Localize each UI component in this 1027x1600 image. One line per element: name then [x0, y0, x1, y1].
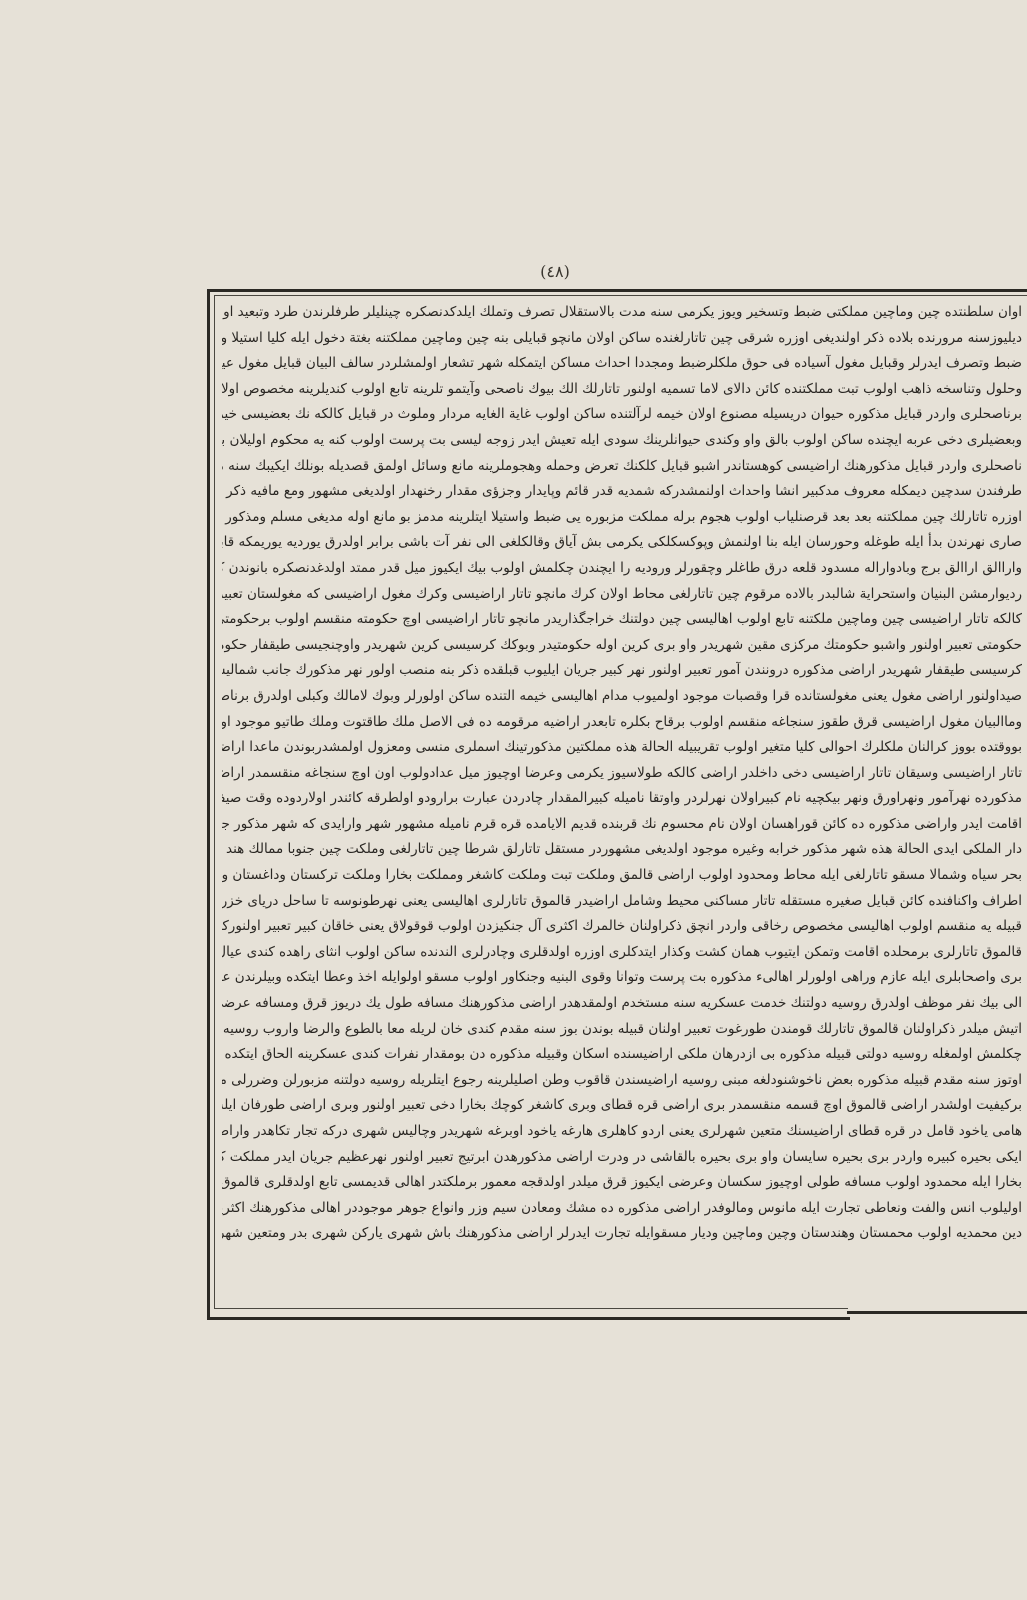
- text-line: وماالبیان مغول اراضیسی قرق طقوز سنجاغه م…: [222, 710, 1022, 736]
- page-number: (٤٨): [500, 262, 610, 281]
- text-line: دیلیوزسنه مرورنده بلاده ذکر اولندیغی اوز…: [222, 326, 1022, 352]
- text-line: بخارا ایله محمدود اولوب مسافه طولی اوچیو…: [222, 1170, 1022, 1196]
- text-line: اطراف واكنافنده كائن قبایل صغیره مستقله …: [222, 889, 1022, 915]
- text-line: واراالق اراالق برج وبادواراله مسدود قلعه…: [222, 556, 1022, 582]
- text-line: كرسیسی طیقفار شهریدر اراضی مذكوره درونند…: [222, 658, 1022, 684]
- text-line: ضبط وتصرف ایدرلر وقبایل مغول آسیاده فی ح…: [222, 351, 1022, 377]
- text-line: بحر سیاه وشمالا مسقو تاتارلغی ایله محاط …: [222, 863, 1022, 889]
- text-line: بووقتده بووز كرالنان ملكلرك احوالی كلیا …: [222, 735, 1022, 761]
- text-line: طرفندن سدچین دیمکله معروف مدکبیر انشا وا…: [222, 479, 1022, 505]
- text-line: قالموق تاتارلری برمحلده اقامت وتمكن ایتی…: [222, 940, 1022, 966]
- frame-top-rule-inner: [847, 295, 1027, 296]
- frame-bottom-rule: [847, 1311, 1027, 1314]
- text-line: [222, 1247, 1022, 1273]
- text-line: [222, 1273, 1022, 1299]
- text-line: تاتار اراضیسی وسیقان تاتار اراضیسی دخی د…: [222, 761, 1022, 787]
- text-line: اوزره تاتارلك چین مملکتنه بعد بعد قرصنلی…: [222, 505, 1022, 531]
- frame-top-rule: [847, 289, 1027, 292]
- text-line: صاری نهرندن بدأ ایله طوغله وحورسان ایله …: [222, 530, 1022, 556]
- text-line: ایكی بحیره كبیره واردر بری بحیره سایسان …: [222, 1145, 1022, 1171]
- text-line: اتیش میلدر ذكراولنان قالموق تاتارلك قومن…: [222, 1017, 1022, 1043]
- text-line: دار الملكی ایدی الحالة هذه شهر مذكور خرا…: [222, 837, 1022, 863]
- text-line: وبعضیلری دخی عربه ایچنده ساکن اولوب بالق…: [222, 428, 1022, 454]
- text-line: قبیله یه منقسم اولوب اهالیسی مخصوص رخاقی…: [222, 914, 1022, 940]
- text-line: صیداولنور اراضی مغول یعنی مغولستانده قرا…: [222, 684, 1022, 710]
- text-line: اقامت ایدر واراضی مذكوره ده كائن قوراهسا…: [222, 812, 1022, 838]
- text-line: كالكه تاتار اراضیسی چین وماچین ملكتنه تا…: [222, 607, 1022, 633]
- text-line: رديوارمشن البنيان واستحراية شالبدر بالاد…: [222, 582, 1022, 608]
- text-line: مذكورده نهرآمور ونهراورق ونهر بیكچیه نام…: [222, 786, 1022, 812]
- text-line: بری واصحابلری ایله عازم وراهی اولورلر اه…: [222, 965, 1022, 991]
- text-line: اوتوز سنه مقدم قبیله مذكوره بعض ناخوشنود…: [222, 1068, 1022, 1094]
- text-line: ناصحلری واردر قبایل مذکورهنك اراضیسی کوه…: [222, 454, 1022, 480]
- text-line: وحلول وتناسخه ذاهب اولوب تبت مملکتنده کا…: [222, 377, 1022, 403]
- text-line: بركیفیت اولشدر اراضی قالموق اوچ قسمه منق…: [222, 1093, 1022, 1119]
- text-line: اولیلوب انس والفت ونعاطی تجارت ایله مانو…: [222, 1196, 1022, 1222]
- text-line: دین محمدیه اولوب محمستان وهندستان وچین و…: [222, 1221, 1022, 1247]
- text-line: حكومتی تعبیر اولنور واشبو حكومتك مرکزی م…: [222, 633, 1022, 659]
- text-line: الی بیك نفر موظف اولدرق روسیه دولتنك خدم…: [222, 991, 1022, 1017]
- text-line: چكلمش اولمغله روسیه دولتی قبیله مذكوره ب…: [222, 1042, 1022, 1068]
- text-line: هامی یاخود قامل در قره قطای اراضیسنك متع…: [222, 1119, 1022, 1145]
- body-text: اوان سلطنتده چین وماچین مملکتی ضبط وتسخی…: [222, 300, 1022, 1298]
- text-line: اوان سلطنتده چین وماچین مملکتی ضبط وتسخی…: [222, 300, 1022, 326]
- text-line: برناصحلری واردر قبایل مذکوره حیوان دریسی…: [222, 402, 1022, 428]
